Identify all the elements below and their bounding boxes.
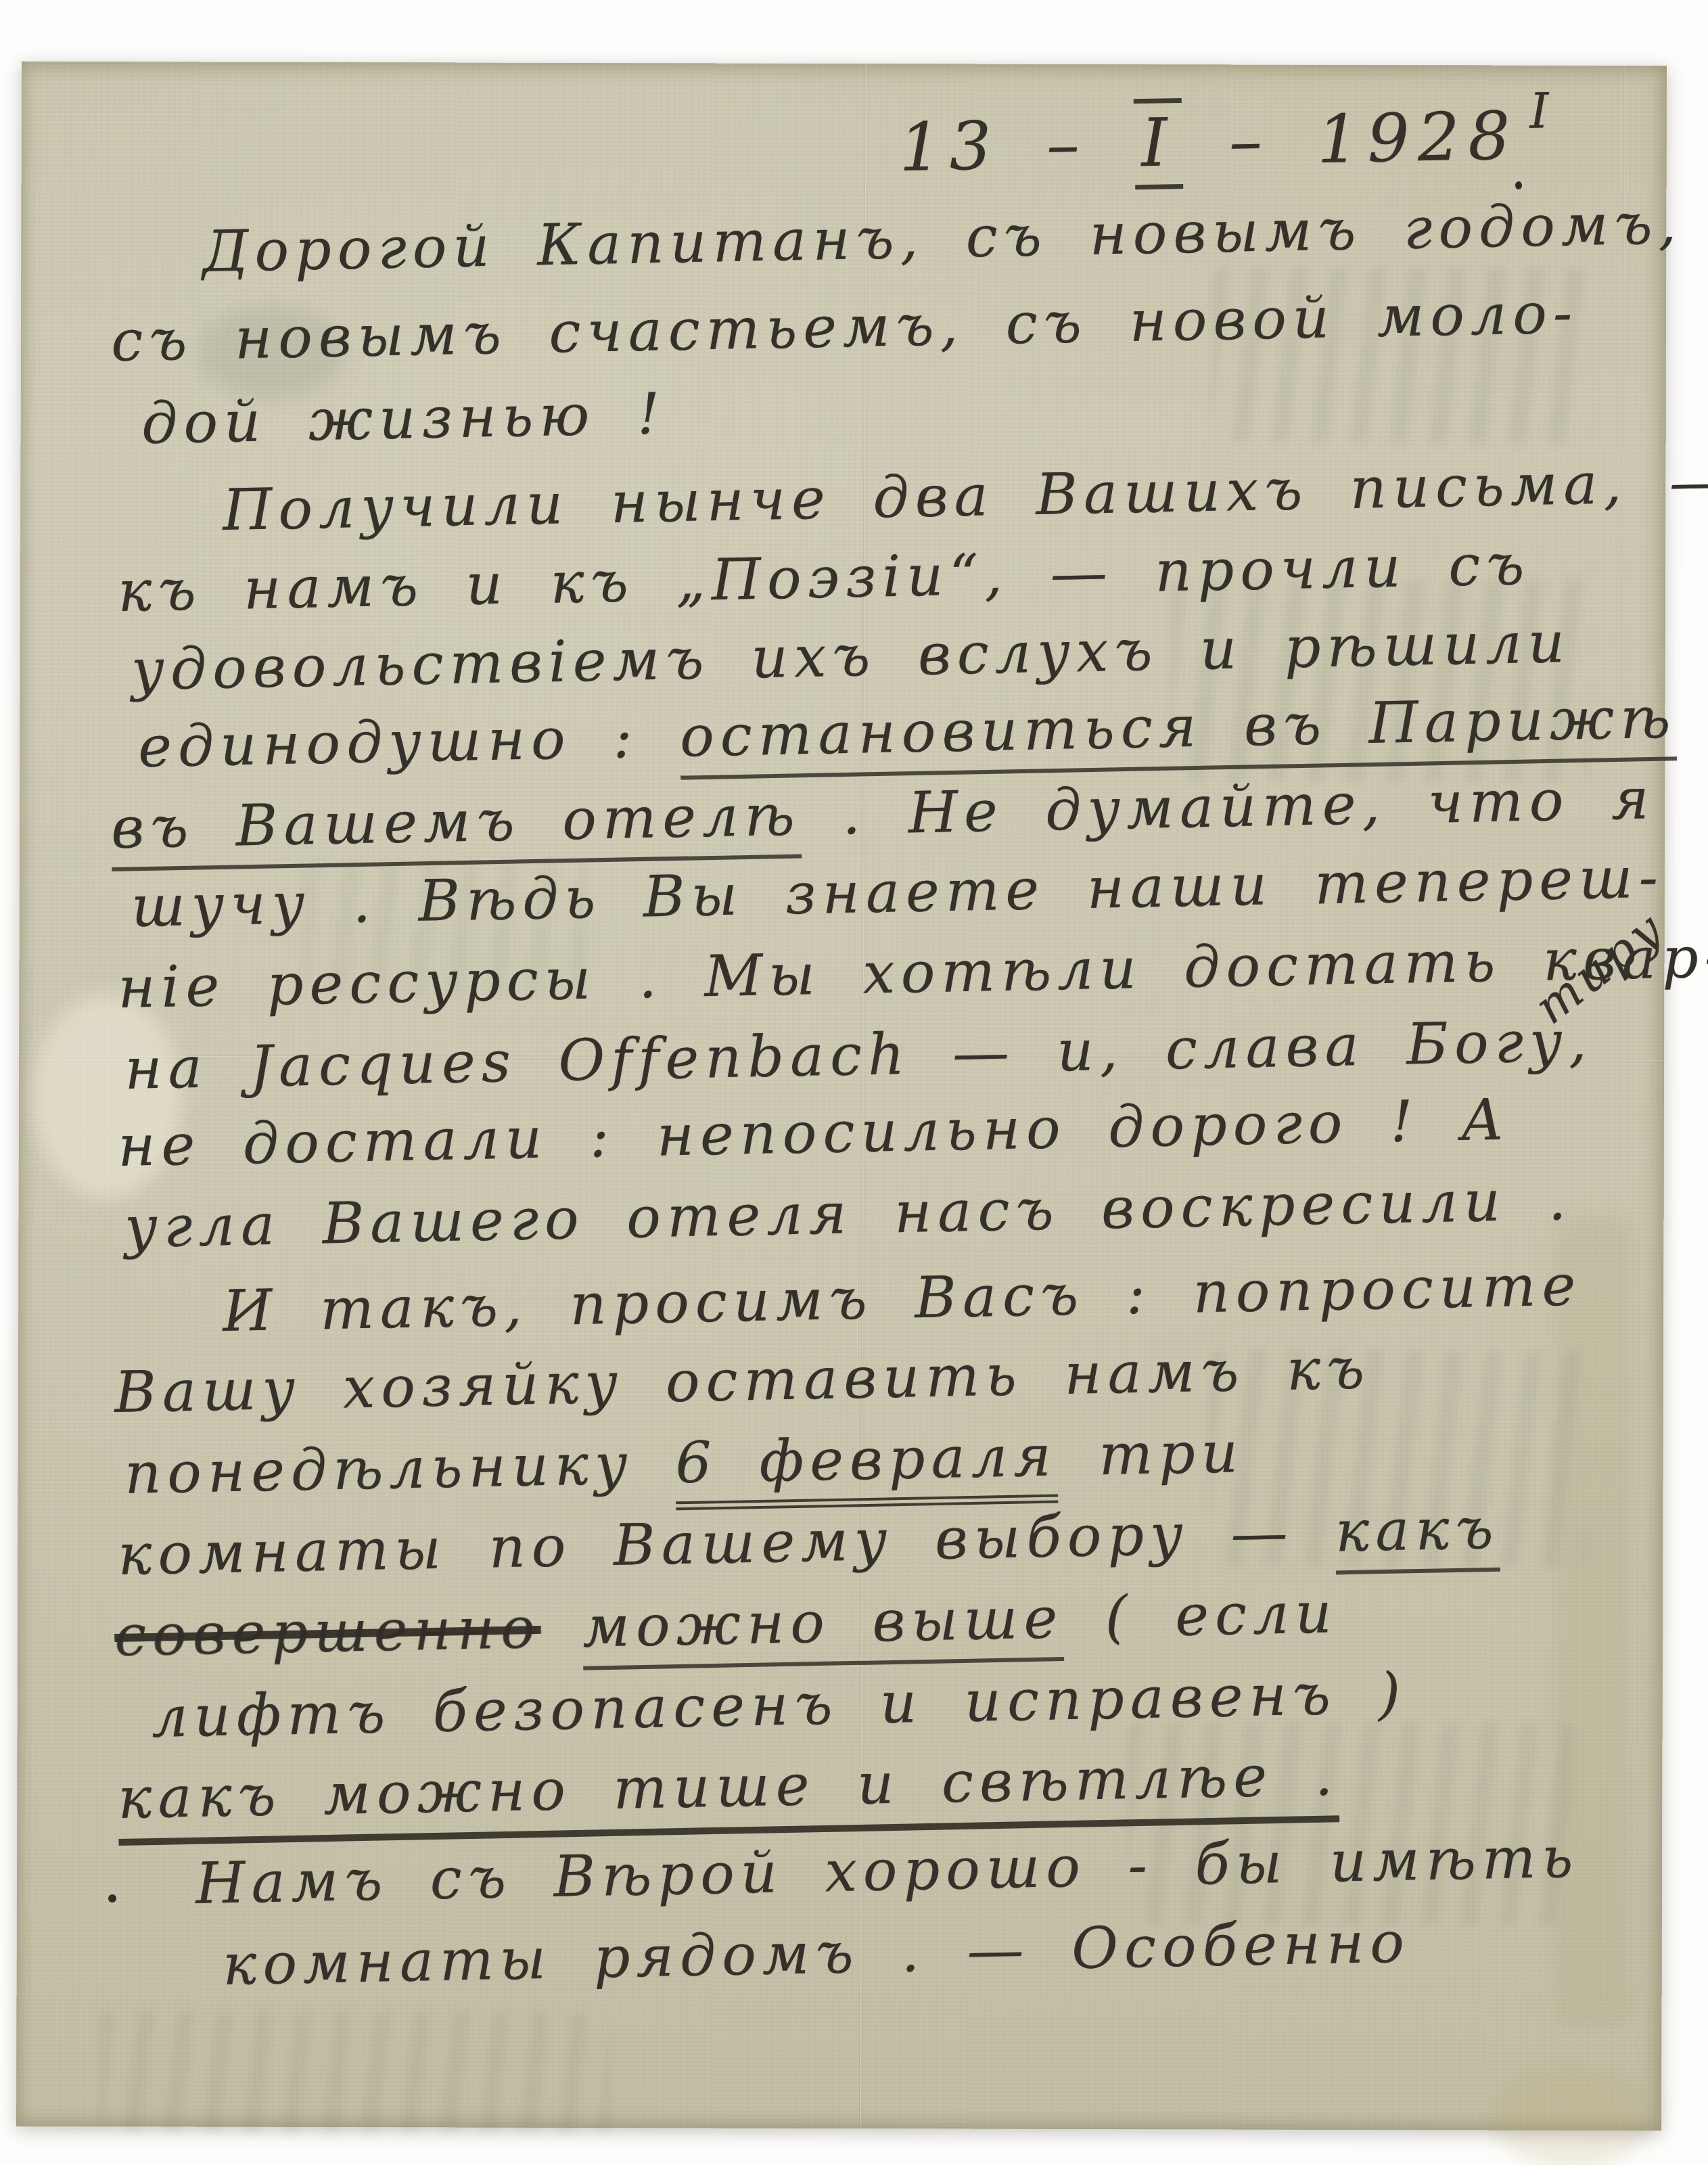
handwriting-segment: понедѣльнику <box>124 1430 676 1507</box>
letter-line: угла Вашего отеля насъ воскресили . <box>124 1171 1573 1256</box>
handwriting-segment: единодушно : <box>137 704 680 780</box>
handwriting-segment: дой жизнью ! <box>141 380 666 457</box>
handwriting-segment: ( если <box>1063 1579 1338 1651</box>
handwriting-segment: 6 февраля <box>674 1423 1058 1511</box>
letter-line: удовольствіемъ ихъ вслухъ и рѣшили <box>131 614 1571 698</box>
handwriting-segment: какъ <box>1335 1495 1500 1575</box>
letter-line: понедѣльнику 6 февраля три <box>124 1423 1244 1502</box>
handwriting-segment: ніе рессурсы . Мы хотѣли достать квар- <box>117 924 1708 1021</box>
letter-line: комнаты рядомъ . — Особенно <box>222 1913 1410 1993</box>
handwriting-segment: комнаты по Вашему выбору — <box>117 1498 1336 1588</box>
handwriting-segment: I <box>1134 98 1183 189</box>
handwriting-segment: угла Вашего отеля насъ воскресили . <box>124 1166 1573 1260</box>
handwriting-segment: Получили нынче два Вашихъ письма, — <box>222 448 1708 543</box>
letter-line: Дорогой Капитанъ, съ новымъ годомъ, <box>202 195 1682 280</box>
letter-line: къ намъ и къ „Поэзіи“, — прочли съ <box>117 536 1531 620</box>
letter-line: И такъ, просимъ Васъ : попросите <box>222 1256 1582 1340</box>
handwriting-segment: совершенно <box>114 1595 541 1669</box>
letter-line: совершенно можно выше ( если <box>114 1584 1338 1664</box>
stray-ink-mark <box>108 1894 116 1902</box>
handwriting-segment: какъ можно тише и свѣтлѣе . <box>117 1741 1339 1846</box>
handwriting-segment: – 1928 <box>1182 97 1519 181</box>
handwriting-segment: съ новымъ счастьемъ, съ новой моло- <box>110 279 1579 374</box>
handwriting-segment: не достали : непосильно дорого ! А <box>117 1087 1510 1179</box>
handwriting-segment: остановиться въ Парижѣ <box>679 684 1677 779</box>
page-number: I <box>1529 86 1556 135</box>
handwriting-segment <box>540 1594 584 1661</box>
letter-line: не достали : непосильно дорого ! А <box>117 1091 1510 1175</box>
handwriting-segment: три <box>1057 1419 1245 1488</box>
ink-dot <box>1515 181 1522 189</box>
letter-line: Намъ съ Вѣрой хорошо - бы имѣть <box>195 1829 1579 1912</box>
handwriting-segment: 13 – <box>898 105 1135 187</box>
handwriting-segment: комнаты рядомъ . — Особенно <box>222 1909 1410 1998</box>
handwriting-segment: . Не думайте, что я <box>800 765 1656 848</box>
handwriting-segment: Вашу хозяйку оставить намъ къ <box>114 1335 1371 1426</box>
letter-line: дой жизнью ! <box>141 385 666 452</box>
letter-line: лифтъ безопасенъ и исправенъ ) <box>151 1664 1407 1746</box>
handwriting-segment: удовольствіемъ ихъ вслухъ и рѣшили <box>131 609 1571 703</box>
letter-line: въ Вашемъ отелѣ . Не думайте, что я <box>110 770 1655 857</box>
letter-line: ніе рессурсы . Мы хотѣли достать квар- <box>117 928 1708 1016</box>
letter-date: 13 – I – 1928 <box>898 103 1519 181</box>
handwriting-segment: можно выше <box>582 1585 1064 1670</box>
letter-line: на Jacques Offenbach — и, слава Богу, <box>124 1012 1593 1097</box>
letter-line: съ новымъ счастьемъ, съ новой моло- <box>110 284 1579 369</box>
letter-line: какъ можно тише и свѣтлѣе . <box>117 1746 1339 1827</box>
handwriting-segment: лифтъ безопасенъ и исправенъ ) <box>151 1660 1407 1750</box>
letter-line: Получили нынче два Вашихъ письма, — <box>222 453 1708 539</box>
letter-line: единодушно : остановиться въ Парижѣ <box>137 689 1677 775</box>
handwriting-segment: къ намъ и къ „Поэзіи“, — прочли съ <box>117 531 1531 624</box>
handwriting-segment: на Jacques Offenbach — и, слава Богу, <box>124 1007 1593 1102</box>
letter-line: Вашу хозяйку оставить намъ къ <box>114 1340 1370 1421</box>
handwriting-segment: Дорогой Капитанъ, съ новымъ годомъ, <box>202 190 1683 285</box>
scanned-letter: I 13 – I – 1928 тиру Дорогой Капитанъ, с… <box>0 0 1708 2165</box>
text-layer: I 13 – I – 1928 тиру Дорогой Капитанъ, с… <box>0 0 1708 2165</box>
handwriting-segment: въ Вашемъ отелѣ <box>110 781 802 871</box>
handwriting-segment: И такъ, просимъ Васъ : попросите <box>222 1252 1582 1344</box>
letter-line: комнаты по Вашему выбору — какъ <box>117 1500 1500 1583</box>
